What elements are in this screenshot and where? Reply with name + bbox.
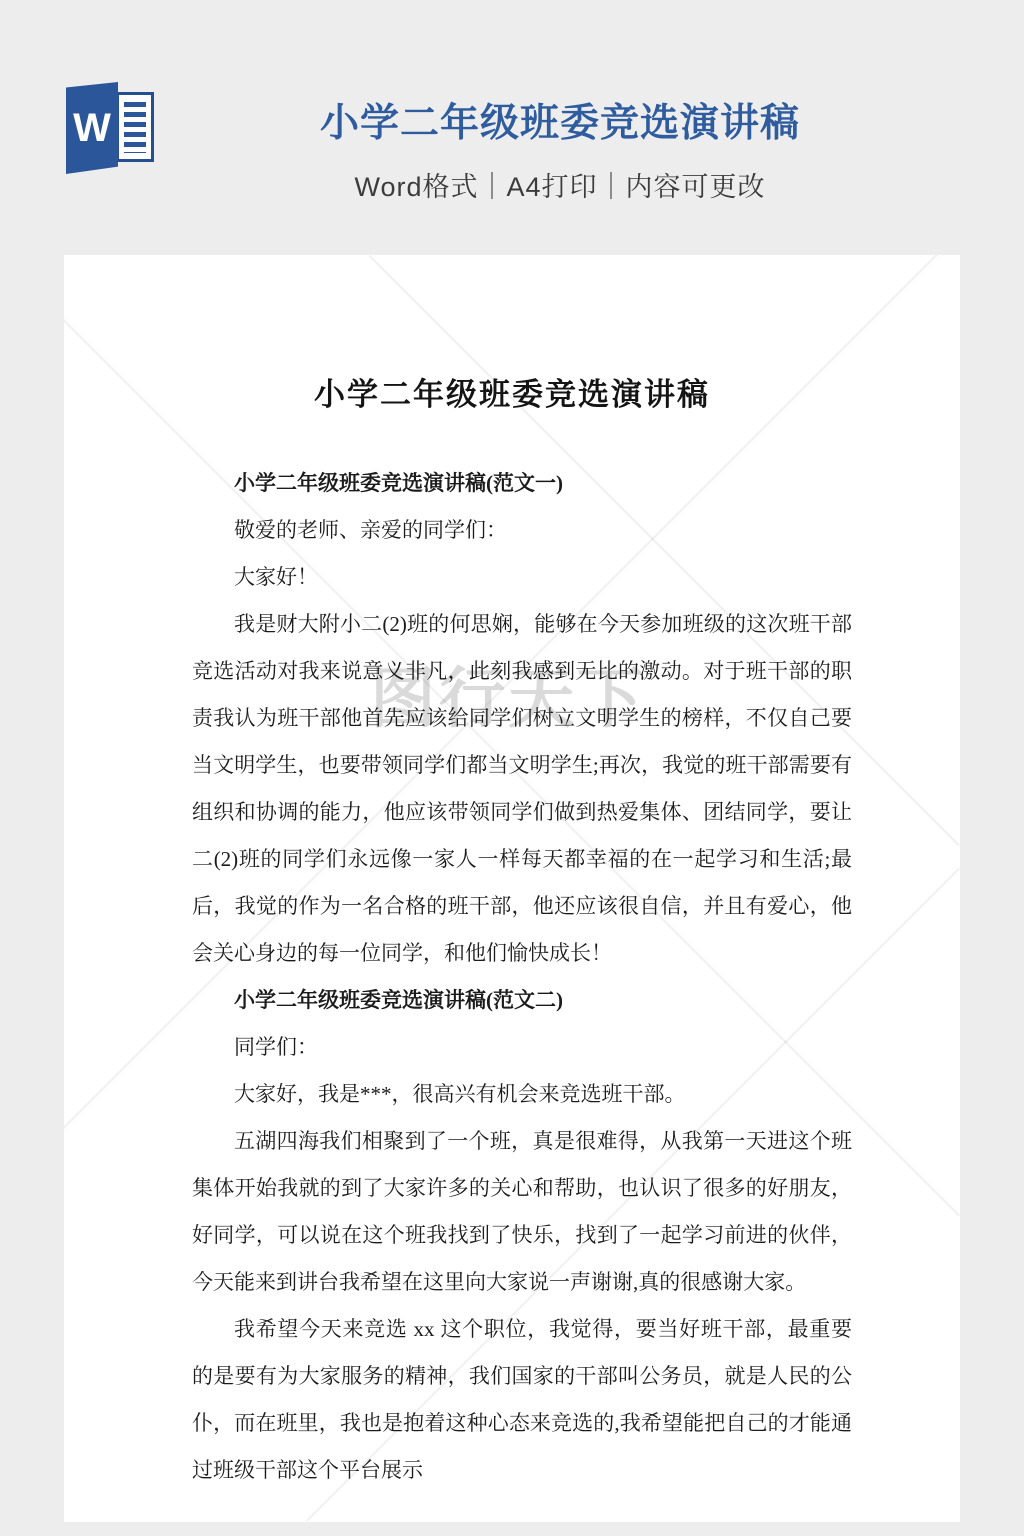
section-heading: 小学二年级班委竞选演讲稿(范文一) bbox=[192, 460, 852, 507]
body-paragraph: 敬爱的老师、亲爱的同学们： bbox=[192, 507, 852, 554]
header-subtitle: Word格式｜A4打印｜内容可更改 bbox=[96, 165, 1024, 204]
body-paragraph: 大家好！ bbox=[192, 554, 852, 601]
header-text-block: 小学二年级班委竞选演讲稿 Word格式｜A4打印｜内容可更改 bbox=[96, 92, 1024, 204]
site-header: W 小学二年级班委竞选演讲稿 Word格式｜A4打印｜内容可更改 bbox=[0, 0, 1024, 255]
body-paragraph: 我希望今天来竞选 xx 这个职位，我觉得，要当好班干部，最重要的是要有为大家服务… bbox=[192, 1306, 852, 1494]
body-paragraph: 大家好，我是***，很高兴有机会来竞选班干部。 bbox=[192, 1071, 852, 1118]
document-title: 小学二年级班委竞选演讲稿 bbox=[64, 369, 960, 414]
header-title: 小学二年级班委竞选演讲稿 bbox=[96, 92, 1024, 148]
document-body: 小学二年级班委竞选演讲稿(范文一)敬爱的老师、亲爱的同学们：大家好！我是财大附小… bbox=[192, 460, 852, 1494]
section-heading: 小学二年级班委竞选演讲稿(范文二) bbox=[192, 977, 852, 1024]
body-paragraph: 我是财大附小二(2)班的何思娴，能够在今天参加班级的这次班干部竞选活动对我来说意… bbox=[192, 601, 852, 977]
body-paragraph: 五湖四海我们相聚到了一个班，真是很难得，从我第一天进这个班集体开始我就的到了大家… bbox=[192, 1118, 852, 1306]
document-page: 图行天下 小学二年级班委竞选演讲稿 小学二年级班委竞选演讲稿(范文一)敬爱的老师… bbox=[64, 255, 960, 1522]
body-paragraph: 同学们： bbox=[192, 1024, 852, 1071]
